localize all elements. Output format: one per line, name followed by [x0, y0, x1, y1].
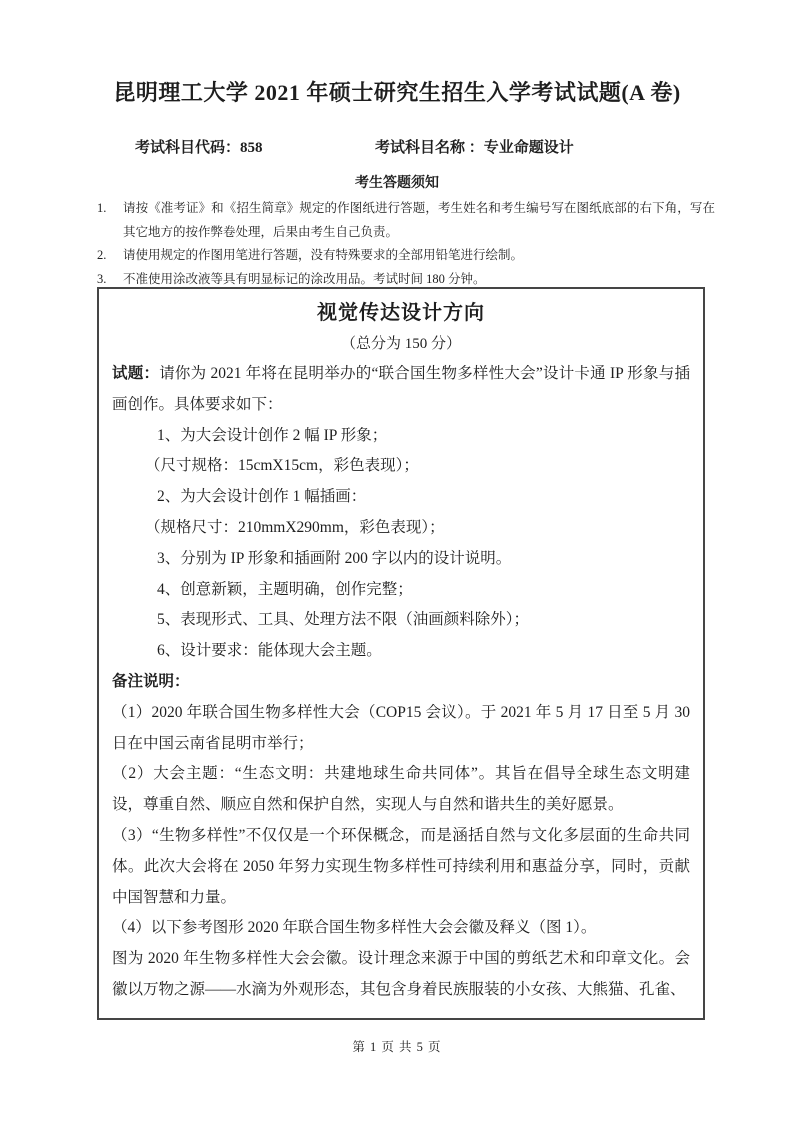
remarks-label: 备注说明： — [112, 667, 690, 698]
requirement-line: 2、为大会设计创作 1 幅插画： — [112, 482, 690, 513]
requirement-line: 5、表现形式、工具、处理方法不限（油画颜料除外）； — [112, 605, 690, 636]
exam-question: 试题：请你为 2021 年将在昆明举办的“联合国生物多样性大会”设计卡通 IP … — [112, 359, 690, 421]
page-title: 昆明理工大学 2021 年硕士研究生招生入学考试试题(A 卷) — [0, 76, 794, 107]
notice-item-text: 请按《准考证》和《招生简章》规定的作图纸进行答题，考生姓名和考生编号写在图纸底部… — [123, 197, 715, 244]
exam-paper-page: 昆明理工大学 2021 年硕士研究生招生入学考试试题(A 卷) 考试科目代码：8… — [0, 0, 794, 1123]
exam-direction-title: 视觉传达设计方向 — [112, 297, 690, 329]
requirement-line: 6、设计要求：能体现大会主题。 — [112, 636, 690, 667]
subject-code-label: 考试科目代码： — [135, 140, 240, 156]
notice-item: 2. 请使用规定的作图用笔进行答题，没有特殊要求的全部用铅笔进行绘制。 — [97, 244, 715, 268]
subject-code: 考试科目代码：858 — [135, 136, 263, 157]
exam-question-text: 请你为 2021 年将在昆明举办的“联合国生物多样性大会”设计卡通 IP 形象与… — [112, 365, 690, 413]
notice-item-number: 2. — [97, 244, 123, 268]
exam-question-label: 试题： — [112, 365, 159, 382]
requirement-line: （规格尺寸：210mmX290mm，彩色表现）； — [112, 513, 690, 544]
requirement-line: 1、为大会设计创作 2 幅 IP 形象； — [112, 421, 690, 452]
remark-paragraph: （4）以下参考图形 2020 年联合国生物多样性大会会徽及释义（图 1）。 — [112, 913, 690, 944]
notice-item: 1. 请按《准考证》和《招生简章》规定的作图纸进行答题，考生姓名和考生编号写在图… — [97, 197, 715, 244]
exam-total-score: （总分为 150 分） — [112, 329, 690, 359]
remark-paragraph: （3）“生物多样性”不仅仅是一个环保概念，而是涵括自然与文化多层面的生命共同体。… — [112, 821, 690, 913]
requirement-line: 3、分别为 IP 形象和插画附 200 字以内的设计说明。 — [112, 544, 690, 575]
requirement-line: 4、创意新颖，主题明确，创作完整； — [112, 575, 690, 606]
subject-name-label: 考试科目名称 ： — [375, 140, 484, 156]
subject-code-value: 858 — [240, 140, 263, 156]
subject-name: 考试科目名称 ：专业命题设计 — [375, 136, 574, 157]
remark-paragraph: （2）大会主题：“生态文明：共建地球生命共同体”。其旨在倡导全球生态文明建设，尊… — [112, 759, 690, 821]
subject-name-value: 专业命题设计 — [484, 140, 574, 156]
remark-paragraph: （1）2020 年联合国生物多样性大会（COP15 会议）。于 2021 年 5… — [112, 698, 690, 760]
exam-content-box: 视觉传达设计方向 （总分为 150 分） 试题：请你为 2021 年将在昆明举办… — [97, 287, 705, 1020]
notice-heading: 考生答题须知 — [0, 172, 794, 192]
notice-item-text: 请使用规定的作图用笔进行答题，没有特殊要求的全部用铅笔进行绘制。 — [123, 244, 715, 268]
notice-item-number: 1. — [97, 197, 123, 244]
notice-list: 1. 请按《准考证》和《招生简章》规定的作图纸进行答题，考生姓名和考生编号写在图… — [97, 197, 715, 291]
requirement-line: （尺寸规格：15cmX15cm，彩色表现）； — [112, 451, 690, 482]
remark-paragraph: 图为 2020 年生物多样性大会会徽。设计理念来源于中国的剪纸艺术和印章文化。会… — [112, 944, 690, 1006]
exam-body: 试题：请你为 2021 年将在昆明举办的“联合国生物多样性大会”设计卡通 IP … — [112, 359, 690, 1006]
page-number-indicator: 第 1 页 共 5 页 — [0, 1037, 794, 1055]
